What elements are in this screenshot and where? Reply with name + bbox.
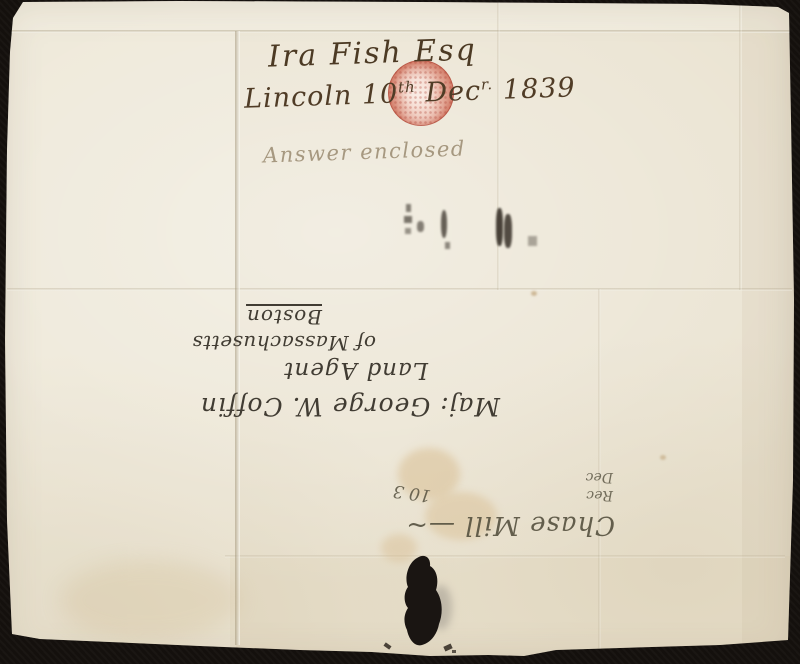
address-block: Maj: George W. Coffin Land Agent of Mass… (222, 294, 500, 420)
docket-month: Dec (415, 76, 481, 109)
ink-offset-smudge (406, 204, 411, 212)
ink-offset-smudge (496, 208, 503, 246)
side-docket-swash: —~ (405, 510, 455, 540)
side-docket-small-top: Rec (586, 485, 613, 503)
foxing-spot (531, 291, 537, 296)
ink-offset-smudge (405, 228, 411, 234)
ink-offset-smudge (417, 221, 424, 232)
answer-note: Answer enclosed (263, 136, 467, 167)
side-docket-row: Rec Dec 10 3 (383, 468, 615, 509)
docket-year: 1839 (493, 72, 576, 106)
fold-line-center (497, 2, 500, 290)
docket-name-line: Ira Fish Esq (267, 32, 477, 74)
side-docket-main: Chase Mill (464, 510, 615, 540)
side-docket-block: Chase Mill —~ Rec Dec 10 3 (383, 436, 615, 540)
top-flap-tint (6, 0, 794, 31)
ink-offset-smudge (445, 242, 450, 249)
ink-speck (452, 650, 456, 653)
side-docket-main-line: Chase Mill —~ (383, 509, 615, 540)
fold-line-top (8, 30, 791, 33)
side-docket-figures: 10 3 (392, 480, 432, 505)
ink-offset-smudge (528, 236, 537, 246)
fold-line-lower (225, 555, 785, 558)
ink-offset-smudge (404, 216, 412, 223)
bottom-flap-tint (230, 556, 790, 660)
ink-offset-smudge (504, 214, 512, 248)
photo-backing: Ira Fish Esq Lincoln 10th Decr. 1839 Ans… (0, 0, 800, 664)
ink-offset-smudge (441, 210, 447, 238)
address-line-region: of Massachusetts (222, 328, 500, 354)
docket-month-superscript: r. (481, 75, 494, 93)
ink-blot (392, 552, 450, 652)
side-docket-small-words: Rec Dec (586, 468, 613, 503)
fold-line-middle (7, 288, 792, 291)
right-margin-shade (742, 0, 794, 660)
address-line-title: Land Agent (222, 354, 500, 382)
side-docket-small-bottom: Dec (586, 468, 613, 486)
docket-date-line: Lincoln 10th Decr. 1839 (244, 72, 577, 115)
letter-paper: Ira Fish Esq Lincoln 10th Decr. 1839 Ans… (0, 0, 800, 664)
foxing-spot (660, 455, 666, 460)
docket-place: Lincoln 10 (244, 78, 399, 114)
address-line-city: Boston (222, 304, 500, 328)
stain (60, 560, 240, 640)
address-line-recipient: Maj: George W. Coffin (222, 382, 500, 420)
fold-line-right (739, 2, 742, 290)
ink-speck (383, 642, 391, 649)
docket-date-superscript: th (398, 78, 416, 97)
